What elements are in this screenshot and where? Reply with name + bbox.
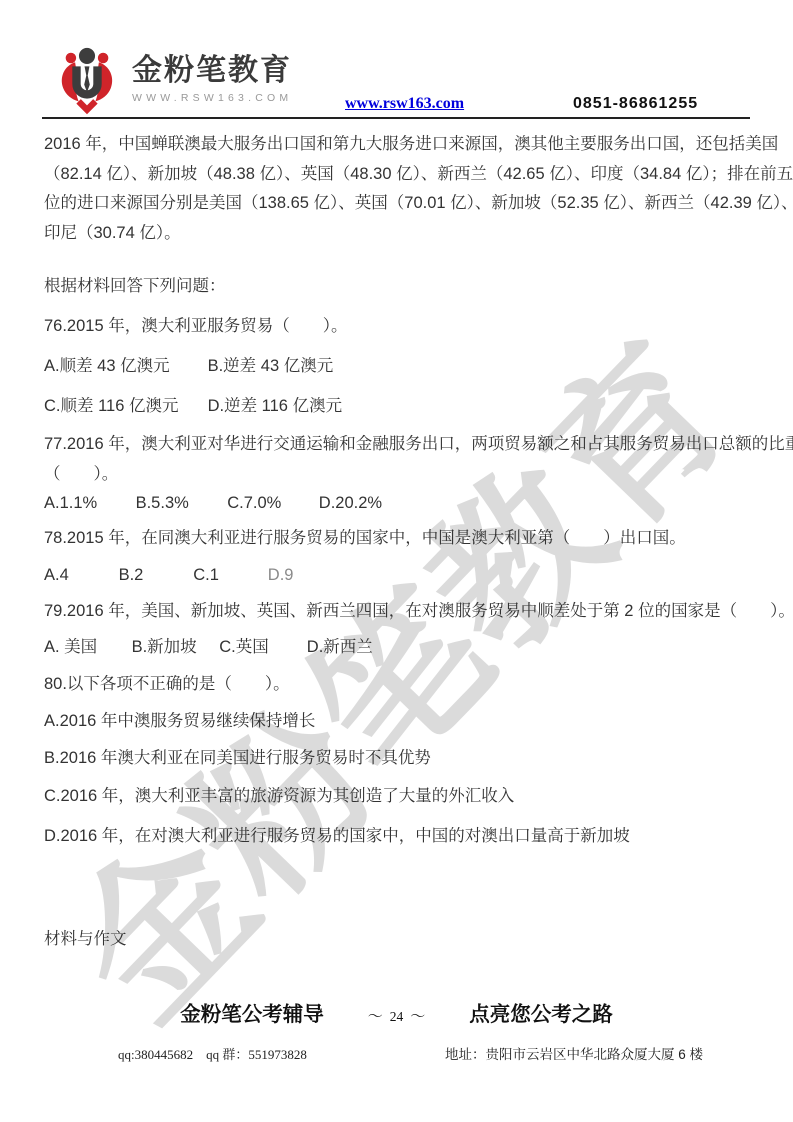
footer-address: 地址：贵阳市云岩区中华北路众厦大厦 6 楼 <box>445 1043 703 1063</box>
intro-line: 印尼（30.74 亿）。 <box>44 219 793 249</box>
question-78-stem: 78.2015 年，在同澳大利亚进行服务贸易的国家中，中国是澳大利亚第（ ）出口… <box>44 524 686 554</box>
stem-line: 77.2016 年，澳大利亚对华进行交通运输和金融服务出口，两项贸易额之和占其服… <box>44 430 793 460</box>
page-marker-prefix: ～ <box>368 1005 383 1026</box>
question-76-stem: 76.2015 年，澳大利亚服务贸易（ ）。 <box>44 312 347 342</box>
page-marker: ～ 24 ～ <box>368 1005 426 1026</box>
question-77-stem: 77.2016 年，澳大利亚对华进行交通运输和金融服务出口，两项贸易额之和占其服… <box>44 430 793 489</box>
option-c: C.顺差 116 亿澳元 <box>44 392 203 422</box>
question-80-option-d: D.2016 年，在对澳大利亚进行服务贸易的国家中，中国的对澳出口量高于新加坡 <box>44 822 630 852</box>
document-page: 金粉笔教育 金粉笔教育 WWW.RSW163.COM www.rsw163.co… <box>0 0 793 1122</box>
question-76-options-row-1: A.顺差 43 亿澳元 B.逆差 43 亿澳元 <box>44 352 333 382</box>
section-prompt: 根据材料回答下列问题： <box>44 272 226 302</box>
option-a: A.4 <box>44 561 114 591</box>
intro-line: 位的进口来源国分别是美国（138.65 亿）、英国（70.01 亿）、新加坡（5… <box>44 189 793 219</box>
option-d: D.新西兰 <box>307 633 373 663</box>
question-79-options-row: A. 美国 B.新加坡 C.英国 D.新西兰 <box>44 633 373 663</box>
question-79-stem: 79.2016 年，美国、新加坡、英国、新西兰四国，在对澳服务贸易中顺差处于第 … <box>44 597 793 627</box>
intro-line: （82.14 亿）、新加坡（48.38 亿）、英国（48.30 亿）、新西兰（4… <box>44 160 793 190</box>
option-d: D.20.2% <box>319 489 382 519</box>
brand-website: WWW.RSW163.COM <box>132 92 292 104</box>
option-b: B.逆差 43 亿澳元 <box>208 352 334 382</box>
page-number: 24 <box>390 1009 404 1025</box>
question-80-option-b: B.2016 年澳大利亚在同美国进行服务贸易时不具优势 <box>44 744 431 774</box>
option-a: A.1.1% <box>44 489 131 519</box>
option-d: D.9 <box>268 561 294 591</box>
option-b: B.2 <box>119 561 189 591</box>
option-a: A.顺差 43 亿澳元 <box>44 352 203 382</box>
option-c: C.1 <box>193 561 263 591</box>
question-76-options-row-2: C.顺差 116 亿澳元 D.逆差 116 亿澳元 <box>44 392 342 422</box>
stem-line: （ ）。 <box>44 460 793 490</box>
footer-tagline-left: 金粉笔公考辅导 <box>180 997 324 1027</box>
brand-logo-icon <box>52 42 122 116</box>
question-80-stem: 80.以下各项不正确的是（ ）。 <box>44 670 290 700</box>
intro-paragraph: 2016 年，中国蝉联澳最大服务出口国和第九大服务进口来源国，澳其他主要服务出口… <box>44 130 793 248</box>
footer-qq-contacts: qq:380445682 qq 群：551973828 <box>118 1044 307 1063</box>
header-divider <box>42 117 750 119</box>
page-marker-suffix: ～ <box>410 1005 425 1026</box>
phone-number: 0851-86861255 <box>573 95 698 113</box>
question-78-options-row: A.4 B.2 C.1 D.9 <box>44 561 293 591</box>
option-c: C.7.0% <box>227 489 314 519</box>
footer-tagline-row: 金粉笔公考辅导 ～ 24 ～ 点亮您公考之路 <box>0 997 793 1027</box>
option-a: A. 美国 <box>44 633 127 663</box>
option-b: B.新加坡 <box>132 633 215 663</box>
intro-line: 2016 年，中国蝉联澳最大服务出口国和第九大服务进口来源国，澳其他主要服务出口… <box>44 130 793 160</box>
footer-tagline-right: 点亮您公考之路 <box>469 997 613 1027</box>
option-d: D.逆差 116 亿澳元 <box>208 392 342 422</box>
option-b: B.5.3% <box>136 489 223 519</box>
question-77-options-row: A.1.1% B.5.3% C.7.0% D.20.2% <box>44 489 382 519</box>
brand-name: 金粉笔教育 <box>132 54 292 88</box>
section-label: 材料与作文 <box>44 925 127 955</box>
brand-text-block: 金粉笔教育 WWW.RSW163.COM <box>132 54 292 116</box>
question-80-option-c: C.2016 年，澳大利亚丰富的旅游资源为其创造了大量的外汇收入 <box>44 782 514 812</box>
brand-logo: 金粉笔教育 WWW.RSW163.COM <box>52 42 292 116</box>
question-80-option-a: A.2016 年中澳服务贸易继续保持增长 <box>44 707 315 737</box>
website-link[interactable]: www.rsw163.com <box>345 95 464 113</box>
option-c: C.英国 <box>219 633 302 663</box>
